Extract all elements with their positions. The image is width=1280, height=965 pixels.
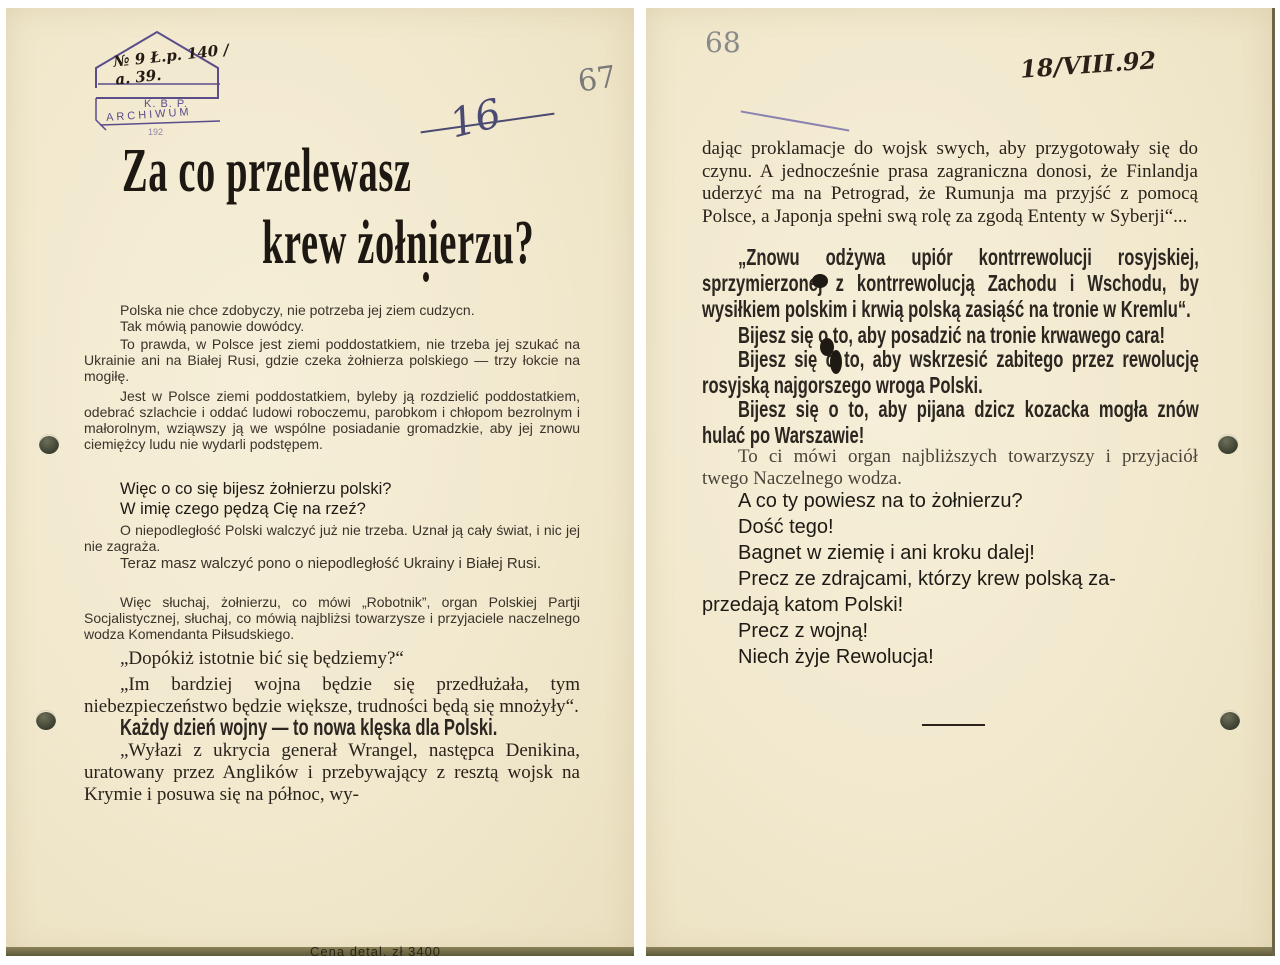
pencil-page-number: 68 (705, 26, 741, 59)
question: W imię czego pędzą Cię na rzeź? (120, 498, 366, 520)
slogan: Bagnet w ziemię i ani kroku dalej! (738, 542, 1035, 565)
ink-blot (423, 272, 429, 282)
paragraph: O niepodległość Polski walczyć już nie t… (84, 522, 580, 554)
punch-hole-icon (1220, 710, 1240, 730)
page-bottom-edge (646, 947, 1272, 956)
title-line-2: krew żołnierzu? (262, 208, 534, 279)
paragraph: Więc słuchaj, żołnierzu, co mówi „Robotn… (84, 594, 580, 642)
paragraph: Polska nie chce zdobyczy, nie potrzeba j… (120, 302, 570, 318)
pencil-page-number: 67 (576, 60, 619, 100)
slogan: Precz z wojną! (738, 620, 868, 643)
condensed-quote: „Znowu odżywa upiór kontrrewolucji rosyj… (702, 244, 1199, 322)
end-divider (922, 724, 985, 726)
bijesz-wrap-3: Bijesz się o to, aby pijana dzicz kozack… (702, 396, 1280, 448)
paragraph: Tak mówią panowie dowódcy. (120, 318, 570, 334)
punch-hole-icon (36, 710, 56, 730)
paragraph: Jest w Polsce ziemi poddostatkiem, byleb… (84, 388, 580, 452)
slogan: przedają katom Polski! (702, 594, 903, 617)
bijesz-wrap-1: Bijesz się o to, aby posadzić na tronie … (702, 322, 1280, 348)
quote: „Im bardziej wojna będzie się przedłużał… (84, 674, 580, 718)
ink-blot (830, 350, 842, 374)
quote: „Wyłazi z ukrycia generał Wrangel, nastę… (84, 740, 580, 806)
slogan: Dość tego! (738, 516, 834, 539)
paragraph: Teraz masz walczyć pono o niepodległość … (84, 556, 580, 572)
slogan: A co ty powiesz na to żołnierzu? (738, 490, 1023, 513)
bijesz-wrap-2: Bijesz się o to, aby wskrzesić zabitego … (702, 346, 1280, 398)
bijesz-line: Bijesz się o to, aby posadzić na tronie … (702, 322, 1199, 348)
slogan: Niech żyje Rewolucja! (738, 646, 934, 669)
condensed-quote-wrap: „Znowu odżywa upiór kontrrewolucji rosyj… (702, 244, 1280, 322)
price-label: Cena detal. zł 3400 (310, 944, 441, 959)
ink-blot (812, 274, 828, 288)
bijesz-line: Bijesz się o to, aby wskrzesić zabitego … (702, 346, 1199, 398)
archive-stamp: № 9 Ł.p. 140 / a. 39. K. B. P. ARCHIWUM … (92, 28, 242, 138)
continuation-text: dając proklamacje do wojsk swych, aby pr… (702, 138, 1198, 228)
headline: Każdy dzień wojny — to nowa klęska dla P… (120, 714, 497, 741)
punch-hole-icon (39, 434, 59, 454)
slogan: Precz ze zdrajcami, którzy krew polską z… (738, 568, 1116, 591)
question: Więc o co się bijesz żołnierzu polski? (120, 478, 391, 500)
bijesz-line: Bijesz się o to, aby pijana dzicz kozack… (702, 396, 1199, 448)
quote: „Dopókiż istotnie bić się będziemy?“ (120, 648, 404, 670)
paragraph: To prawda, w Polsce jest ziemi poddostat… (84, 336, 580, 384)
organ-text: To ci mówi organ najbliższych towarzyszy… (702, 446, 1198, 490)
title-line-1: Za co przelewasz (122, 136, 412, 207)
